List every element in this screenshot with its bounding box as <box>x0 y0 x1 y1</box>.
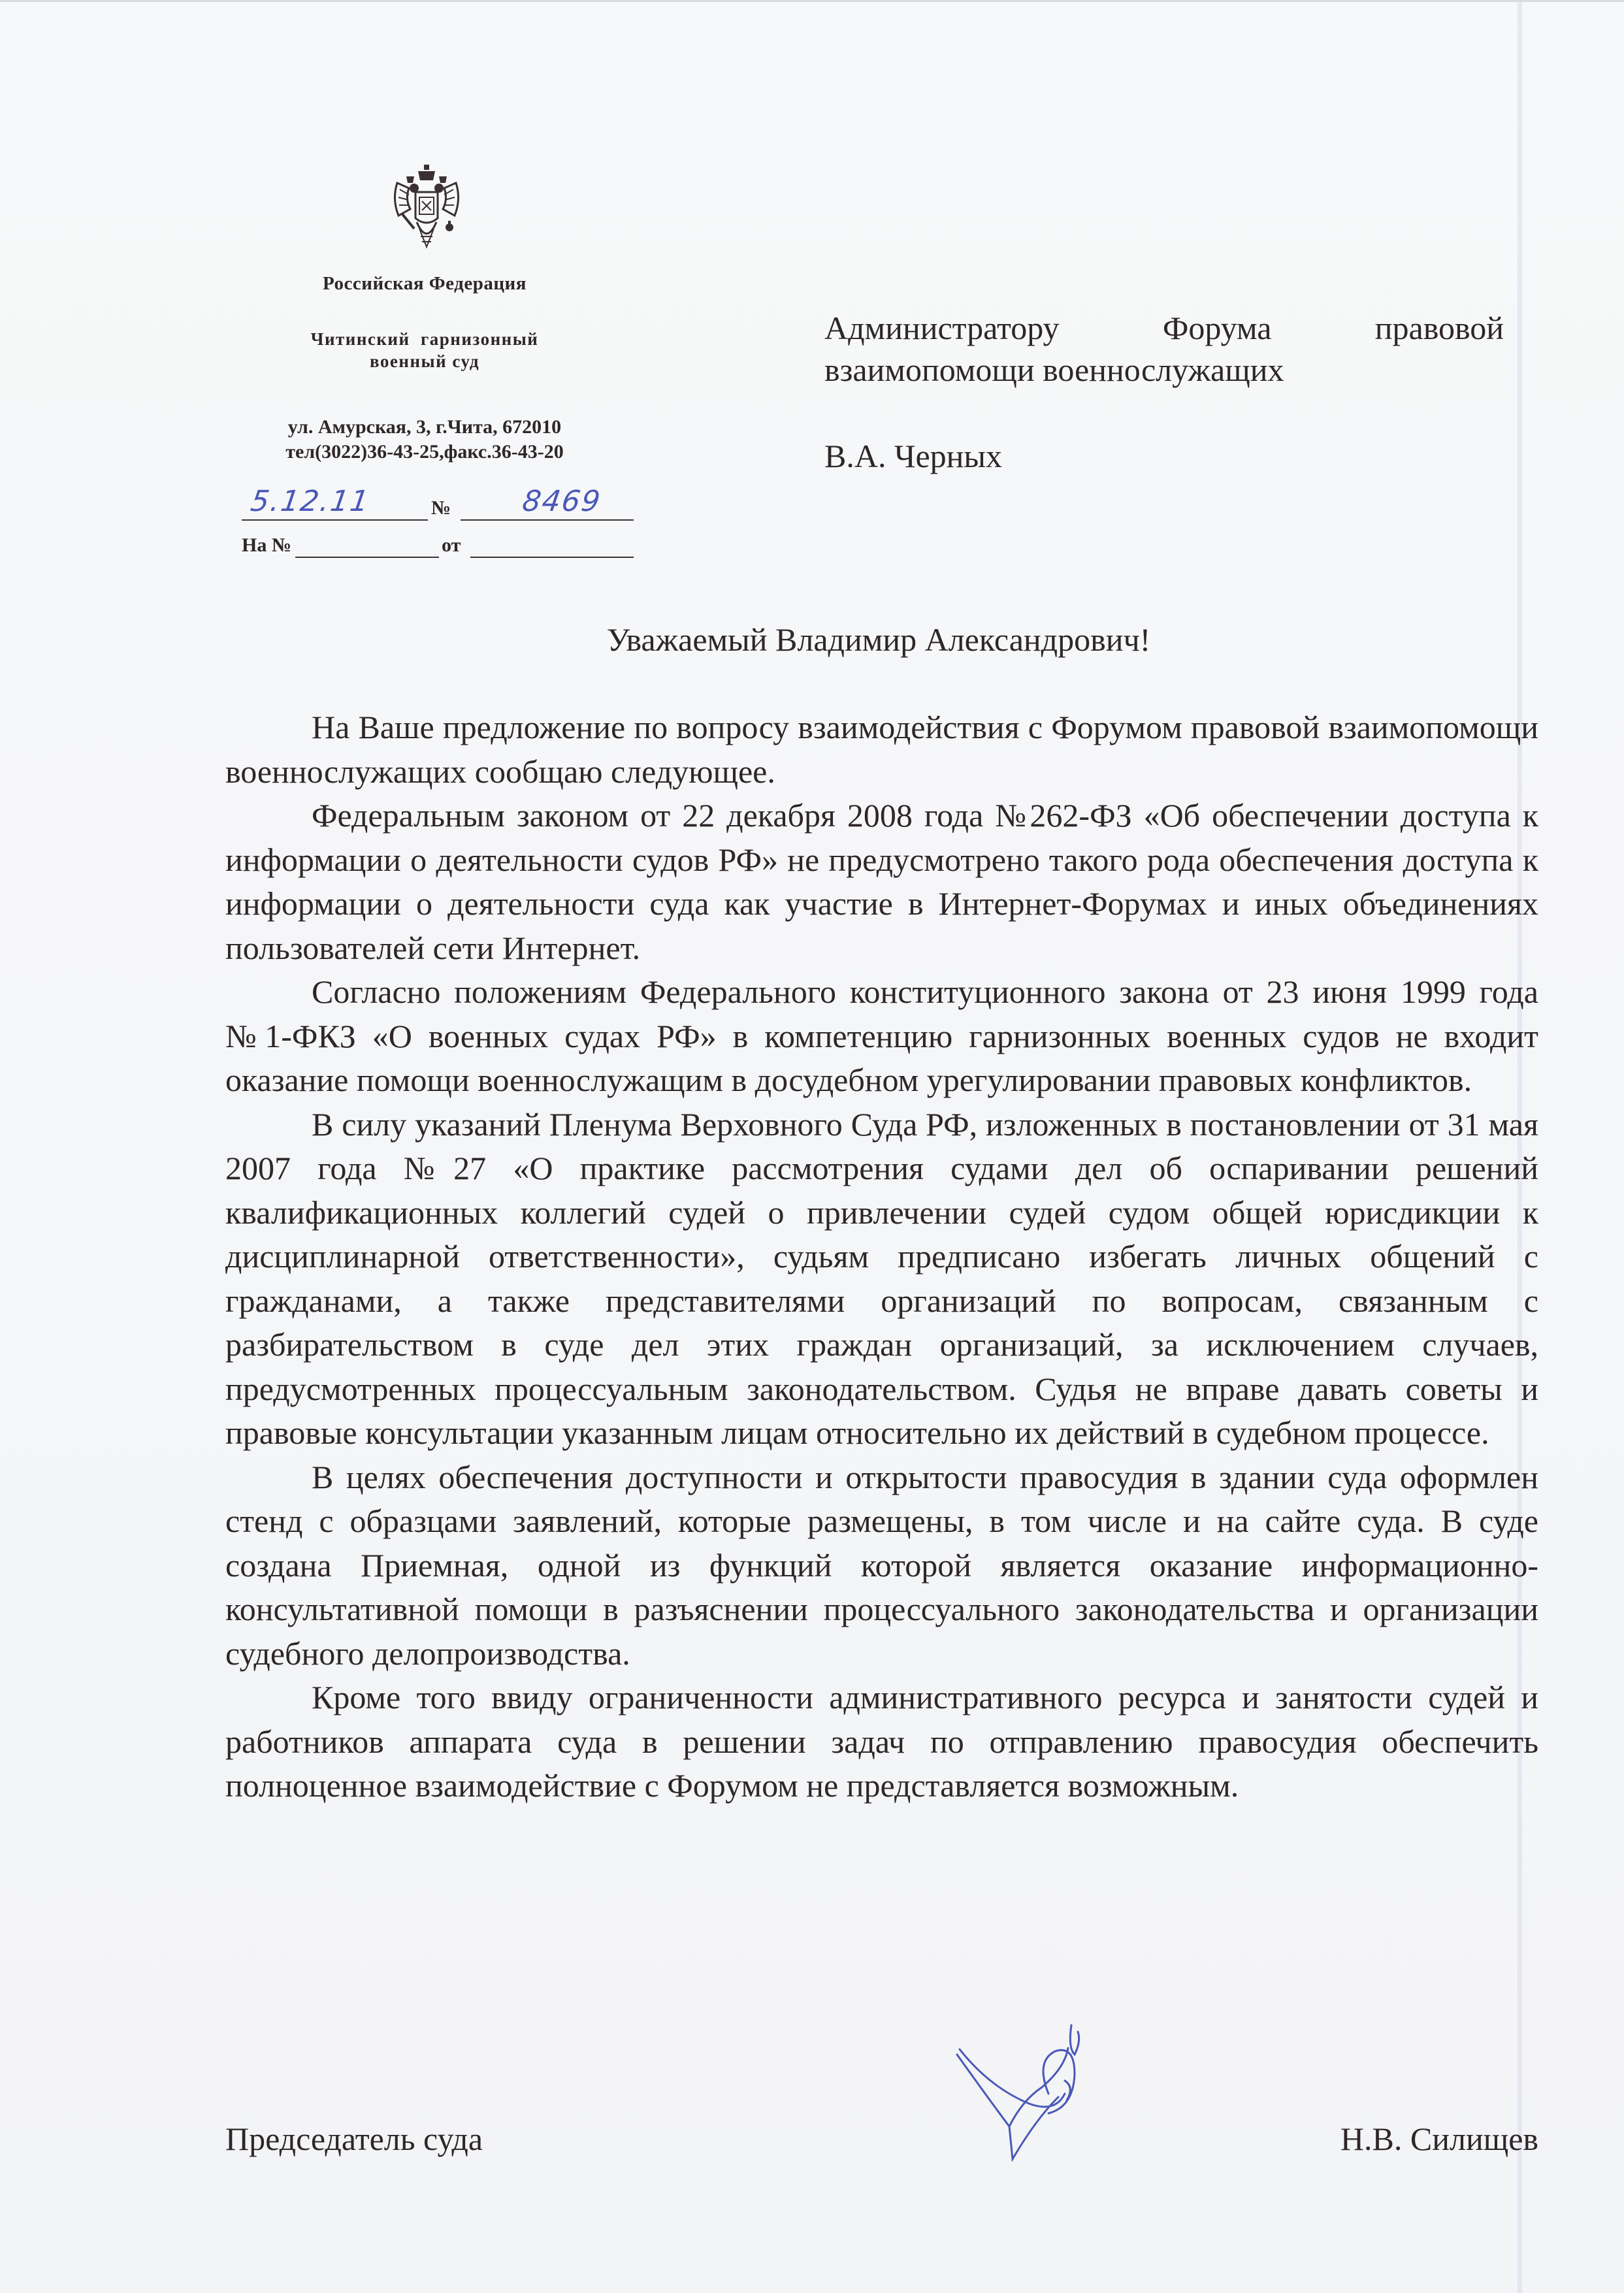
reply-to-row: На № от <box>242 524 634 563</box>
addressee-line2: взаимопомощи военнослужащих <box>824 349 1504 391</box>
body-paragraph: Согласно положениям Федерального констит… <box>225 970 1538 1103</box>
addressee-word: правовой <box>1375 310 1504 346</box>
signature-block: Председатель суда Н.В. Силищев <box>225 2120 1538 2172</box>
number-label: № <box>431 497 451 519</box>
body-paragraph: На Ваше предложение по вопросу взаимодей… <box>225 706 1538 794</box>
outgoing-date: 5.12.11 <box>248 485 372 518</box>
russian-coat-of-arms-icon <box>391 163 463 255</box>
reply-number-underline <box>295 557 439 558</box>
addressee-word: Форума <box>1163 310 1272 346</box>
addressee-block: Администратору Форума правовой взаимопом… <box>824 307 1504 477</box>
outgoing-registration-row: 5.12.11 № 8469 <box>242 487 634 526</box>
phone-fax: тел(3022)36-43-25,факс.36-43-20 <box>216 440 634 464</box>
handwritten-signature-icon <box>950 2022 1120 2179</box>
court-name-line2: военный суд <box>216 350 634 372</box>
issuer-address: ул. Амурская, 3, г.Чита, 672010 тел(3022… <box>216 415 634 464</box>
street-address: ул. Амурская, 3, г.Чита, 672010 <box>216 415 634 440</box>
salutation: Уважаемый Владимир Александрович! <box>216 621 1542 659</box>
outgoing-number: 8469 <box>520 485 603 518</box>
body-paragraph: Кроме того ввиду ограниченности админист… <box>225 1676 1538 1808</box>
addressee-name: В.А. Черных <box>824 435 1504 477</box>
reply-to-label: На № <box>242 534 291 557</box>
addressee-word: Администратору <box>824 310 1060 346</box>
date-underline <box>242 519 428 521</box>
body-paragraph: Федеральным законом от 22 декабря 2008 г… <box>225 794 1538 970</box>
issuer-country: Российская Федерация <box>216 273 634 295</box>
number-underline <box>461 519 634 521</box>
court-name-line1: Читинский гарнизонный <box>216 328 634 350</box>
addressee-line1: Администратору Форума правовой <box>824 307 1504 349</box>
letter-body: На Ваше предложение по вопросу взаимодей… <box>225 706 1538 1808</box>
body-paragraph: В силу указаний Пленума Верховного Суда … <box>225 1103 1538 1455</box>
signatory-name: Н.В. Силищев <box>1340 2120 1538 2158</box>
from-label: от <box>442 534 461 557</box>
issuer-court-name: Читинский гарнизонный военный суд <box>216 328 634 372</box>
scan-top-edge <box>0 0 1624 2</box>
reply-date-underline <box>470 557 634 558</box>
signatory-title: Председатель суда <box>225 2120 483 2158</box>
body-paragraph: В целях обеспечения доступности и открыт… <box>225 1455 1538 1676</box>
